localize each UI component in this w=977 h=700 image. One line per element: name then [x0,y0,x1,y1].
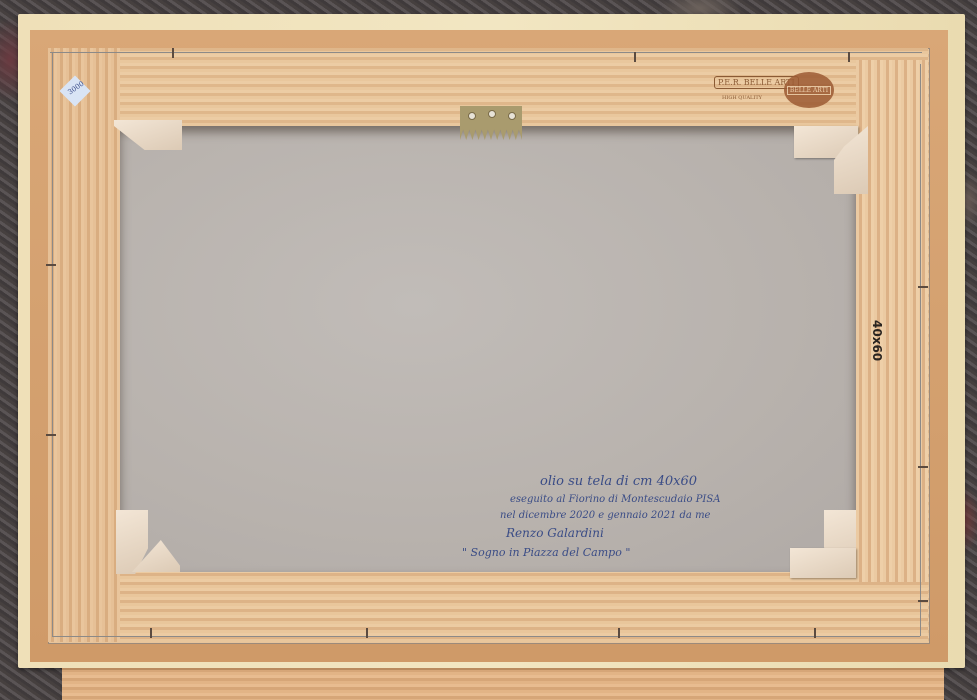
inscription-line-date: nel dicembre 2020 e gennaio 2021 da me [500,510,710,521]
nail-icon [618,628,620,638]
nail-icon [46,264,56,266]
screw-icon [488,110,496,118]
corner-key-bottom-right-h [790,548,856,578]
nail-icon [918,466,928,468]
manufacturer-logo-text: BELLE ARTI [787,86,831,95]
screw-icon [508,112,516,120]
easel-base [62,668,944,700]
nail-icon [46,434,56,436]
inscription-line-place: eseguito al Fiorino di Montescudaio PISA [510,494,720,505]
size-marking: 40x60 [870,320,884,361]
stretcher-bar-bottom [48,572,928,642]
nail-icon [634,52,636,62]
nail-icon [848,52,850,62]
stretcher-bar-left [48,48,120,642]
inscription-title: " Sogno in Piazza del Campo " [462,546,630,559]
manufacturer-stamp-subtitle: HIGH QUALITY [722,95,762,101]
nail-icon [150,628,152,638]
inscription-artist-signature: Renzo Galardini [506,526,604,540]
canvas-back [120,126,856,572]
frame-wire-left [52,52,53,636]
nail-icon [366,628,368,638]
frame-wire-right [920,64,921,636]
inscription-line-medium: olio su tela di cm 40x60 [540,474,697,489]
nail-icon [172,48,174,58]
nail-icon [918,286,928,288]
frame-wire-top [50,52,922,53]
nail-icon [918,600,928,602]
screw-icon [468,112,476,120]
nail-icon [814,628,816,638]
manufacturer-logo-icon: BELLE ARTI [784,72,834,108]
frame-wire-bottom [52,636,920,637]
